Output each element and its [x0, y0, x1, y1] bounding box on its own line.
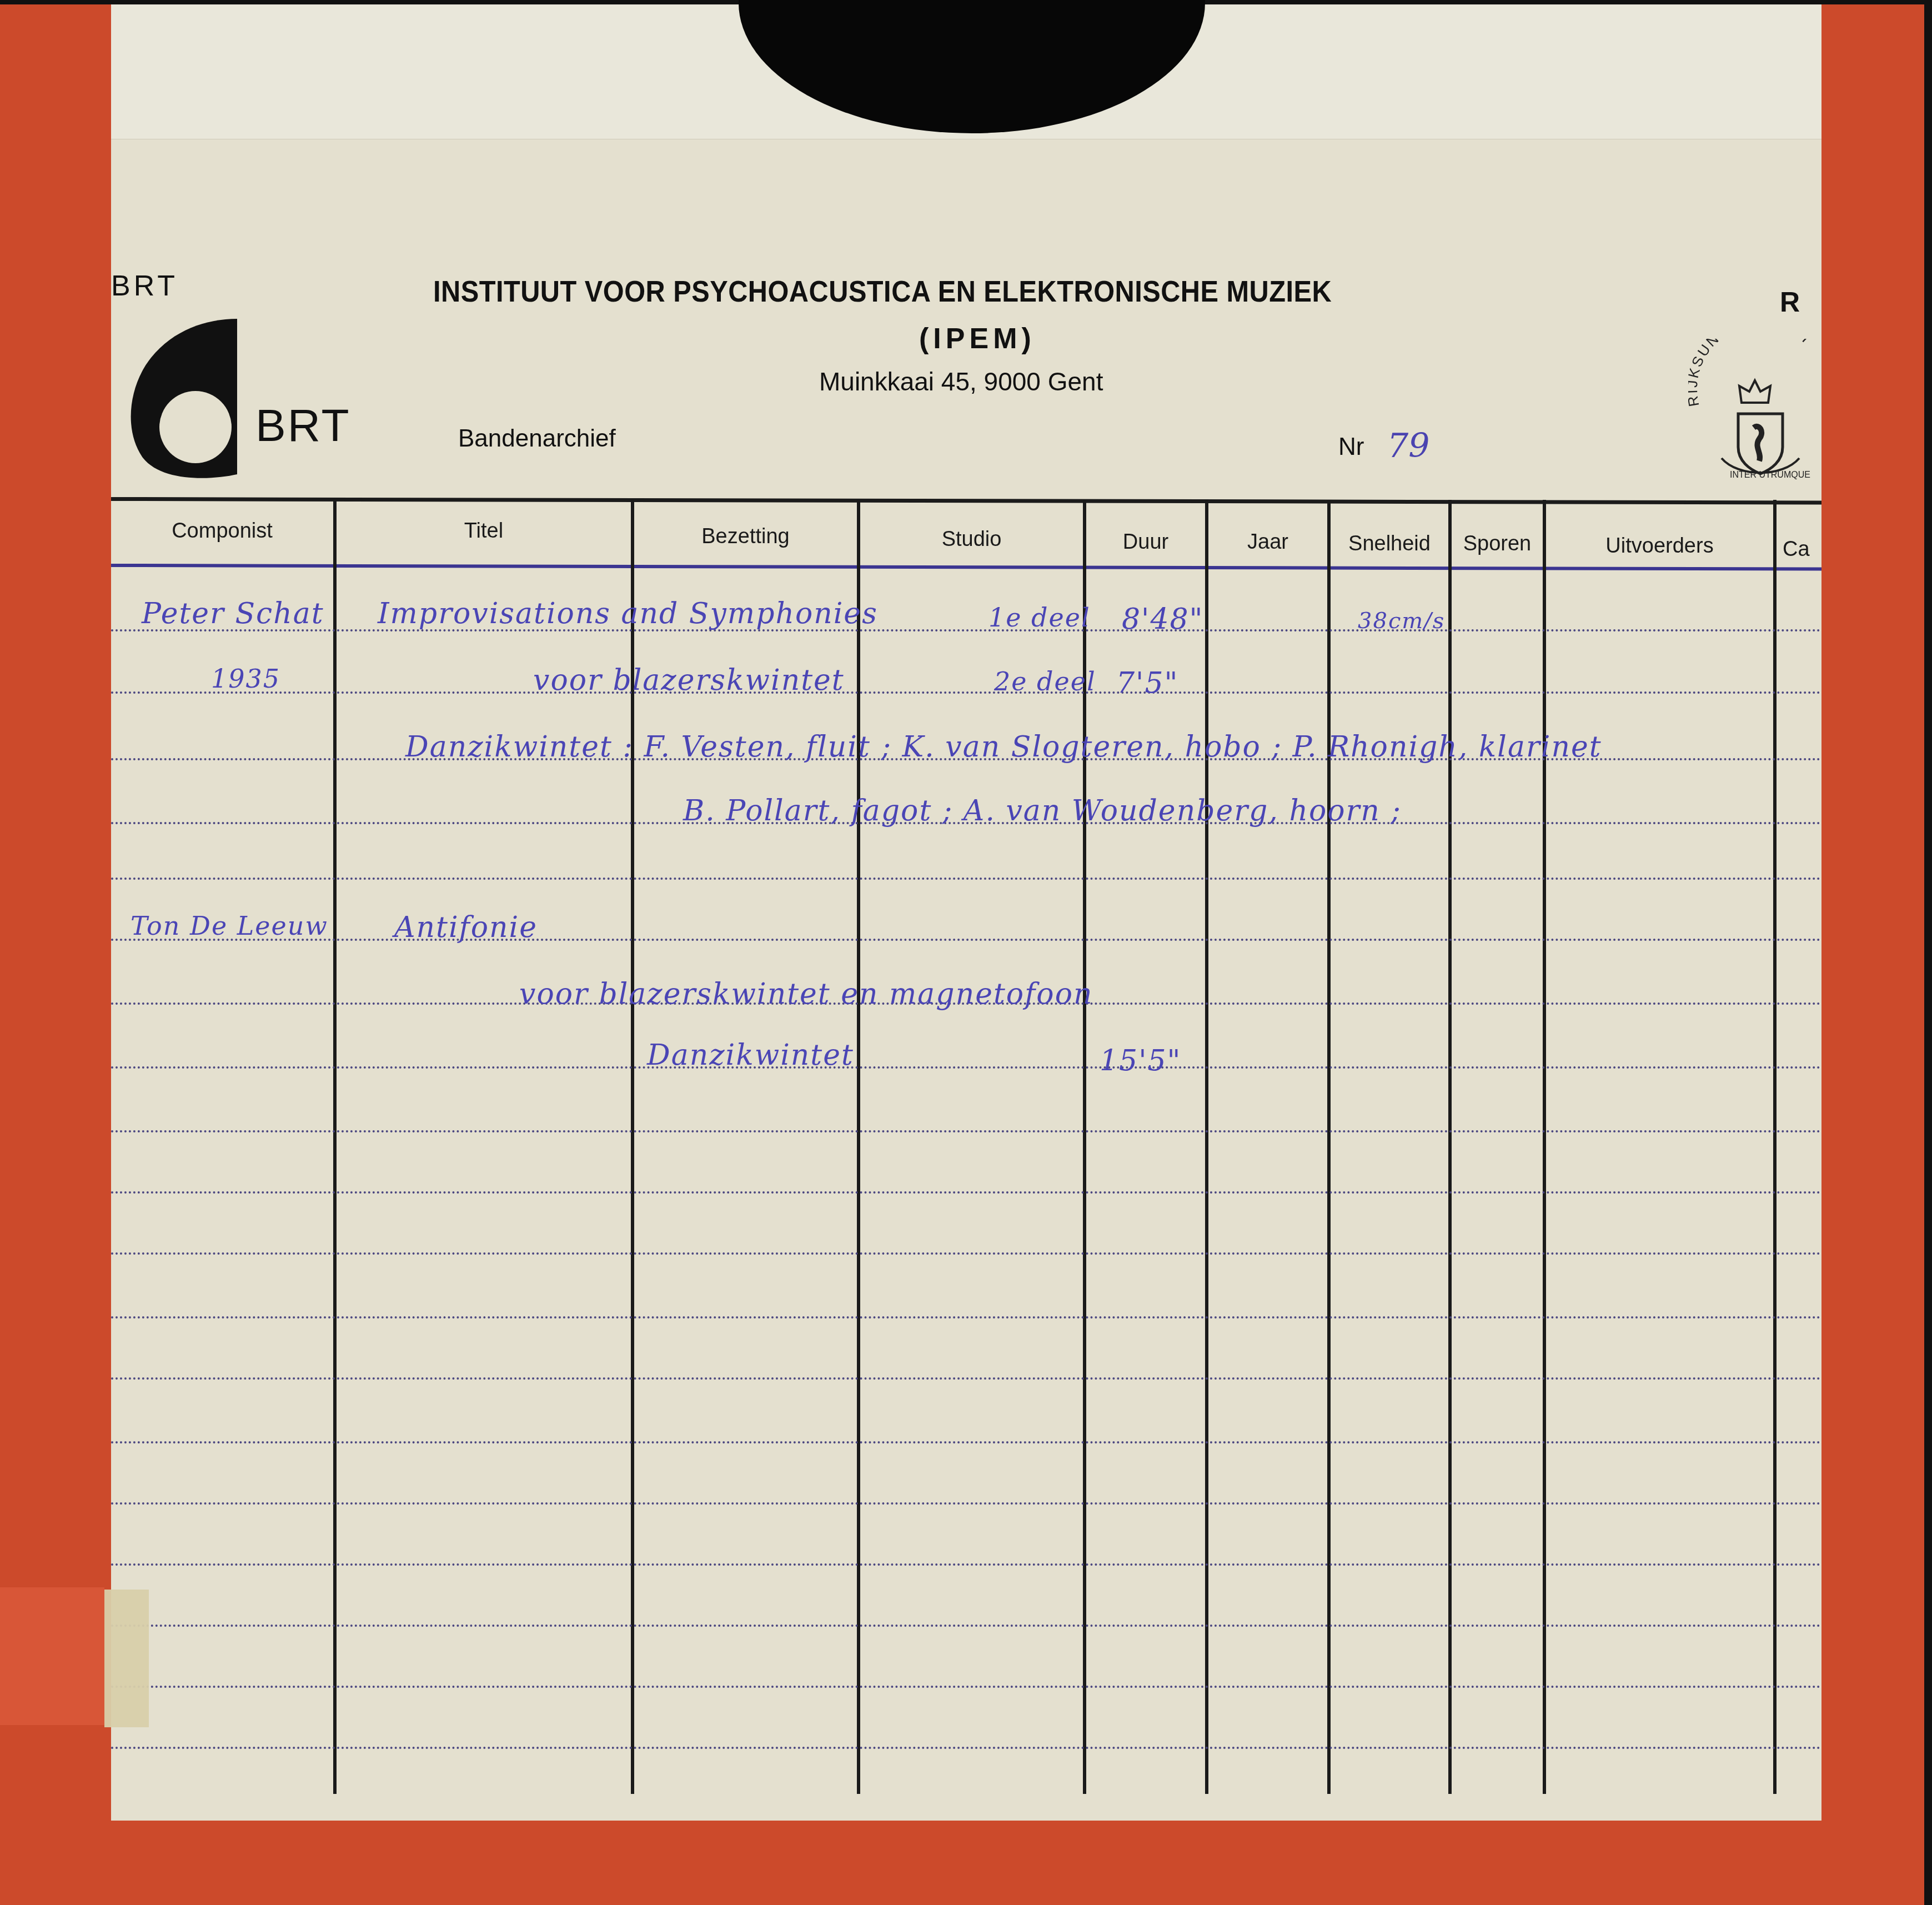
entry-title: Antifonie [394, 911, 538, 944]
ruled-line [111, 629, 1821, 631]
ruled-line [111, 1563, 1821, 1566]
ruled-line [111, 1747, 1821, 1749]
entry-duration: 15'5" [1100, 1044, 1181, 1077]
entry-speed: 38cm/s [1358, 608, 1445, 634]
ruled-line [111, 939, 1821, 941]
ruled-line [111, 691, 1821, 694]
column-header-cut: Ca [1783, 538, 1821, 562]
ruled-line [111, 1686, 1821, 1688]
column-header-sporen: Sporen [1452, 532, 1543, 556]
entry-title: voor blazerskwintet en magnetofoon [519, 977, 1093, 1011]
ruled-line [111, 1316, 1821, 1319]
institute-title: INSTITUUT VOOR PSYCHOACUSTICA EN ELEKTRO… [433, 275, 1332, 309]
sleeve-bottom-fold [111, 1821, 1821, 1905]
ruled-line [111, 1441, 1821, 1443]
number-label: Nr [1338, 433, 1364, 461]
column-header-bezetting: Bezetting [634, 525, 857, 549]
tape-strip-paper [104, 1590, 149, 1727]
tape-strip-orange [0, 1587, 104, 1725]
svg-text:RIJKSUNIVERSITEIT: RIJKSUNIVERSITEIT [1688, 339, 1816, 408]
entry-performers: Danzikwintet : F. Vesten, fluit ; K. van… [405, 730, 1602, 764]
ruled-line [111, 1377, 1821, 1380]
entry-title: Improvisations and Symphonies [378, 597, 878, 630]
university-crest-icon: RIJKSUNIVERSITEIT INTER UTRUMQUE [1688, 339, 1821, 489]
entry-title: voor blazerskwintet [533, 664, 845, 697]
sleeve-right-edge [1924, 0, 1932, 1905]
number-value: 79 [1387, 427, 1429, 465]
entry-duration: 7'5" [1116, 666, 1178, 700]
institute-acronym: (IPEM) [919, 322, 1036, 355]
ruled-line [111, 1130, 1821, 1132]
column-divider [1543, 500, 1546, 1794]
entry-part: 1e deel [988, 603, 1091, 633]
column-header-snelheid: Snelheid [1331, 532, 1448, 556]
ruled-line [111, 878, 1821, 880]
column-header-componist: Componist [111, 519, 333, 543]
column-header-duur: Duur [1086, 530, 1205, 554]
brt-drop-logo-icon [129, 319, 240, 480]
column-divider [1205, 500, 1208, 1794]
entry-part: 2e deel [994, 666, 1096, 696]
entry-performers: Danzikwintet [647, 1039, 854, 1072]
entry-performers: B. Pollart, fagot ; A. van Woudenberg, h… [683, 794, 1402, 828]
ruled-line [111, 1066, 1821, 1069]
column-divider [1327, 500, 1331, 1794]
brt-label-top-left: BRT [111, 269, 178, 303]
entry-composer: Ton De Leeuw [131, 911, 328, 941]
column-divider [857, 500, 860, 1794]
column-divider [1773, 500, 1777, 1794]
column-divider [333, 500, 337, 1794]
column-header-titel: Titel [337, 519, 631, 543]
cut-letter-right: R [1780, 286, 1800, 318]
column-header-jaar: Jaar [1208, 530, 1327, 554]
institute-address: Muinkkaai 45, 9000 Gent [819, 367, 1103, 397]
ruled-line [111, 1502, 1821, 1505]
column-header-uitvoerders: Uitvoerders [1546, 534, 1773, 558]
ruled-line [111, 1191, 1821, 1194]
ruled-line [111, 1625, 1821, 1627]
column-divider [1448, 500, 1452, 1794]
column-header-studio: Studio [860, 528, 1083, 552]
archive-label: Bandenarchief [458, 425, 616, 453]
brt-logo-text: BRT [255, 400, 351, 452]
entry-composer: Peter Schat [142, 597, 324, 630]
ruled-line [111, 1252, 1821, 1255]
entry-composer-year: 1935 [211, 664, 280, 694]
entry-duration: 8'48" [1122, 603, 1203, 636]
svg-text:INTER UTRUMQUE: INTER UTRUMQUE [1730, 470, 1810, 480]
